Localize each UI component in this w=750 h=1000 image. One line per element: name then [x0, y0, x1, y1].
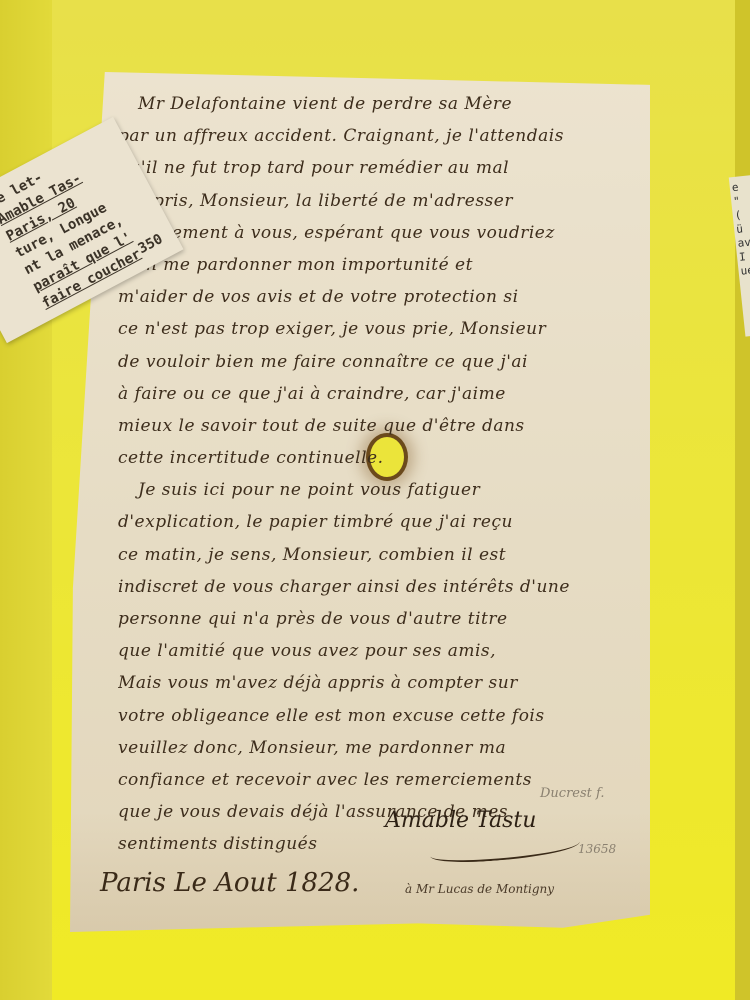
- letter-line: cette incertitude continuelle.: [118, 442, 628, 474]
- letter-line: d'explication, le papier timbré que j'ai…: [118, 506, 628, 538]
- letter-line: personne qui n'a près de vous d'autre ti…: [118, 603, 628, 635]
- letter-line: mieux le savoir tout de suite que d'être…: [118, 410, 628, 442]
- background-sheet-right: [735, 0, 750, 1000]
- letter-line: par un affreux accident. Craignant, je l…: [118, 120, 628, 152]
- letter-line: de vouloir bien me faire connaître ce qu…: [118, 346, 628, 378]
- pencil-catalog-number: 13658: [578, 842, 616, 856]
- letter-line: veuillez donc, Monsieur, me pardonner ma: [118, 732, 628, 764]
- letter-line: qu'il ne fut trop tard pour remédier au …: [118, 152, 628, 184]
- right-label-line: (: [734, 205, 750, 223]
- pencil-annotation: Ducrest f.: [540, 786, 605, 801]
- letter-line: ce matin, je sens, Monsieur, combien il …: [118, 539, 628, 571]
- date-line: Paris Le Aout 1828.: [100, 868, 359, 898]
- letter-line: que l'amitié que vous avez pour ses amis…: [118, 635, 628, 667]
- signature: Amable Tastu: [385, 808, 536, 833]
- letter-line: Mais vous m'avez déjà appris à compter s…: [118, 667, 628, 699]
- letter-line: J'ai pris, Monsieur, la liberté de m'adr…: [118, 185, 628, 217]
- right-label-line: ue: [740, 261, 750, 279]
- background-sheet-left: [0, 0, 53, 1000]
- letter-line: m'aider de vos avis et de votre protecti…: [118, 281, 628, 313]
- letter-line: indiscret de vous charger ainsi des inté…: [118, 571, 628, 603]
- right-label-line: ü: [736, 219, 750, 237]
- letter-body: Mr Delafontaine vient de perdre sa Mère …: [118, 88, 628, 861]
- letter-line: bien me pardonner mon importunité et: [118, 249, 628, 281]
- right-label-line: e: [731, 178, 750, 196]
- addressee-note: à Mr Lucas de Montigny: [405, 882, 554, 896]
- letter-line: ce n'est pas trop exiger, je vous prie, …: [118, 313, 628, 345]
- letter-line: Je suis ici pour ne point vous fatiguer: [118, 474, 628, 506]
- letter-line: à faire ou ce que j'ai à craindre, car j…: [118, 378, 628, 410]
- letter-line: Mr Delafontaine vient de perdre sa Mère: [118, 88, 628, 120]
- right-label-line: av: [737, 233, 750, 251]
- letter-line: votre obligeance elle est mon excuse cet…: [118, 700, 628, 732]
- right-label-line: ": [733, 191, 750, 209]
- letter-line: directement à vous, espérant que vous vo…: [118, 217, 628, 249]
